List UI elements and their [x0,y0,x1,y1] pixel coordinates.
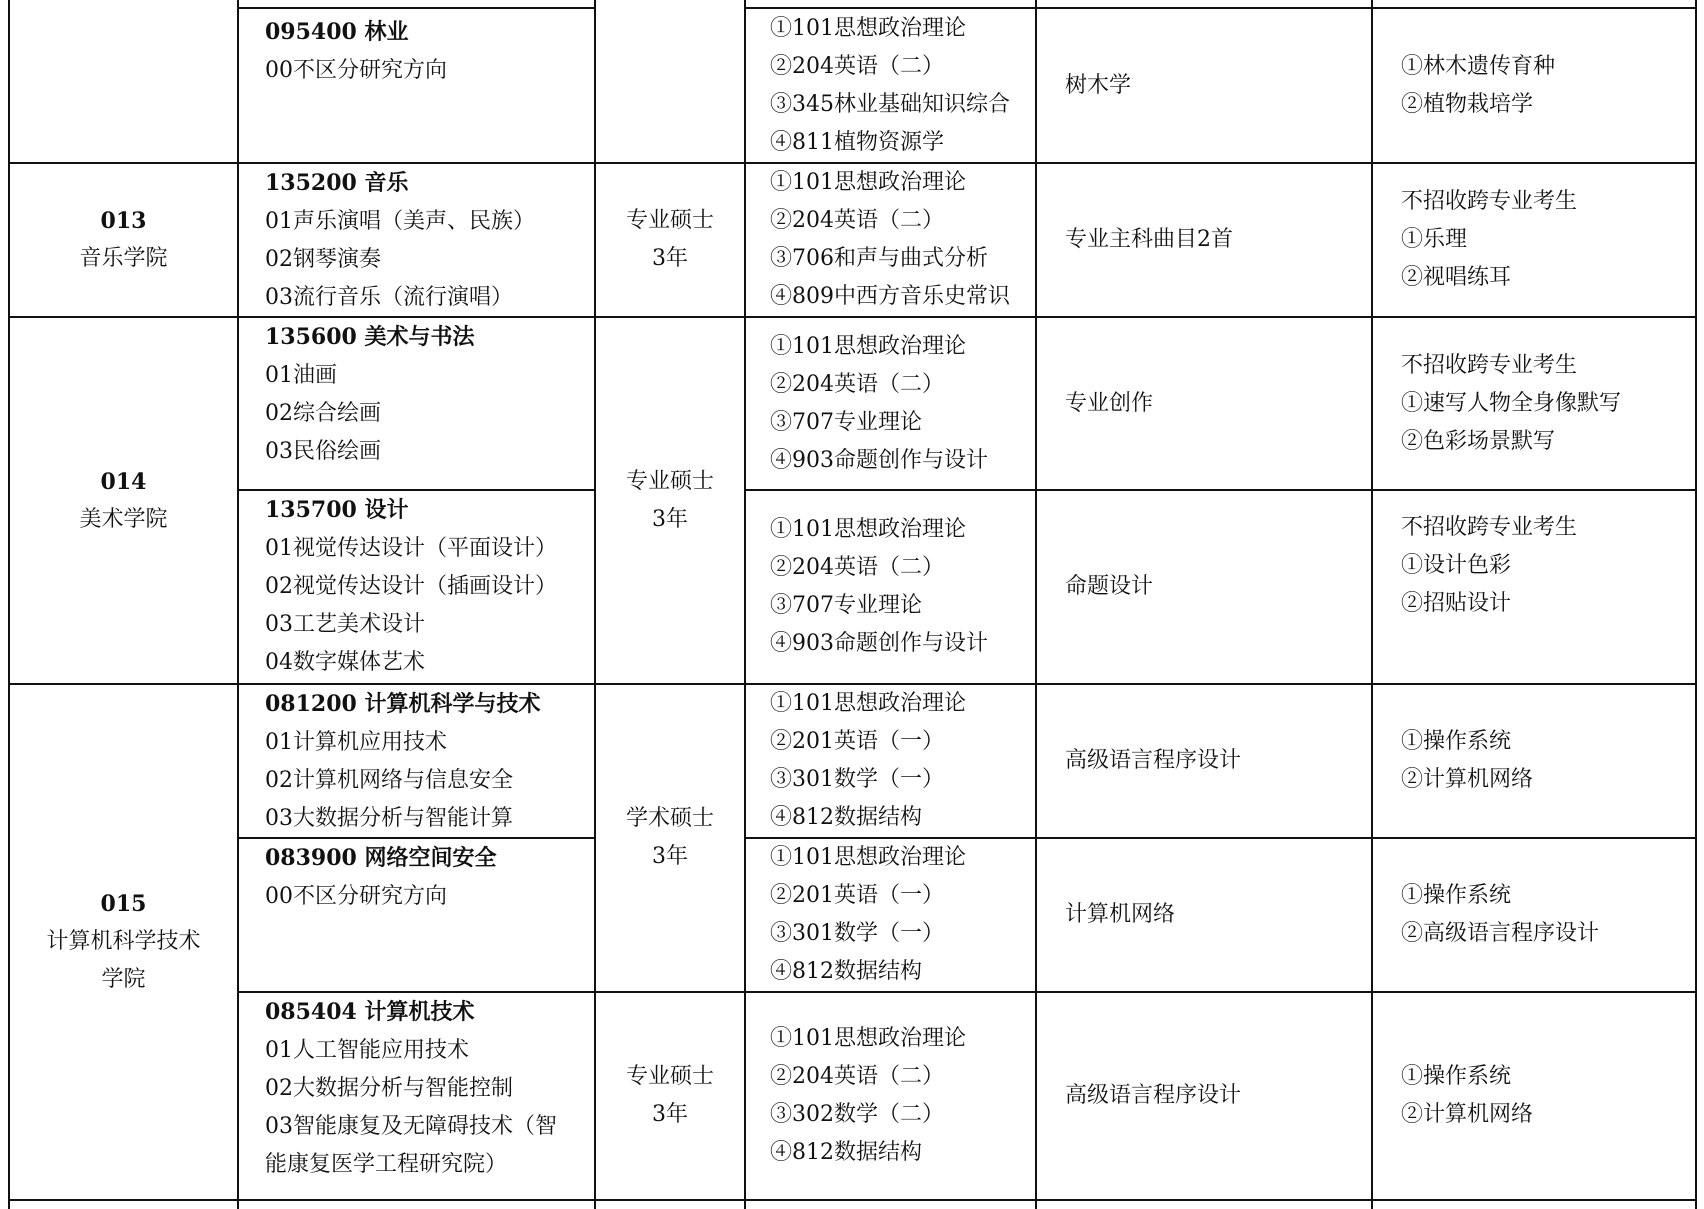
retest-subject: 专业创作 [1065,385,1371,423]
study-years: 3年 [652,501,688,539]
degree-cell: 专业硕士 3年 [596,164,744,316]
study-years: 3年 [652,240,688,278]
exam-subject: ③301数学（一） [770,761,1035,799]
exam-subject: ③302数学（二） [770,1096,1035,1134]
additional-test-cell: 不招收跨专业考生 ①乐理 ②视唱练耳 [1373,164,1695,316]
additional-test: ①乐理 [1401,221,1695,259]
research-direction: 00不区分研究方向 [265,878,594,916]
exam-subject: ①101思想政治理论 [770,685,1035,723]
research-direction: 能康复医学工程研究院） [265,1146,594,1184]
row-divider [8,1199,1697,1201]
retest-subject: 命题设计 [1065,568,1371,606]
college-name: 计算机科学技术 [46,923,200,961]
additional-test: ②计算机网络 [1401,761,1695,799]
additional-test: ①操作系统 [1401,877,1695,915]
exam-subject: ④812数据结构 [770,1134,1035,1172]
additional-test: ②视唱练耳 [1401,259,1695,297]
additional-test: ①速写人物全身像默写 [1401,385,1695,423]
exam-subject: ②204英语（二） [770,1058,1035,1096]
college-cell: 015 计算机科学技术 学院 [10,685,237,1199]
additional-test-cell: 不招收跨专业考生 ①设计色彩 ②招贴设计 [1373,491,1695,683]
retest-subject-cell: 树木学 [1037,9,1371,162]
retest-subject-cell: 高级语言程序设计 [1037,685,1371,837]
research-direction: 02大数据分析与智能控制 [265,1070,594,1108]
major-cell: 135700 设计 01视觉传达设计（平面设计） 02视觉传达设计（插画设计） … [239,491,594,683]
major-cell: 095400 林业 00不区分研究方向 [239,9,594,162]
retest-subject: 高级语言程序设计 [1065,1077,1371,1115]
degree-type: 专业硕士 [626,1058,714,1096]
college-code: 014 [101,463,147,501]
additional-test-cell: ①操作系统 ②计算机网络 [1373,993,1695,1199]
additional-test: ①操作系统 [1401,1058,1695,1096]
major-title: 083900 网络空间安全 [265,845,497,871]
research-direction: 01视觉传达设计（平面设计） [265,530,594,568]
retest-subject: 树木学 [1065,67,1371,105]
college-cell: 014 美术学院 [10,318,237,683]
exam-subjects-cell: ①101思想政治理论 ②204英语（二） ③707专业理论 ④903命题创作与设… [746,491,1035,683]
college-name: 美术学院 [79,501,167,539]
additional-test: ①设计色彩 [1401,547,1695,585]
research-direction: 01油画 [265,357,594,395]
research-direction: 03大数据分析与智能计算 [265,800,594,838]
major-title: 095400 林业 [265,19,409,45]
exam-subject: ②204英语（二） [770,48,1035,86]
exam-subject: ④903命题创作与设计 [770,442,1035,480]
retest-subject-cell: 专业主科曲目2首 [1037,164,1371,316]
college-cell: 013 音乐学院 [10,164,237,316]
additional-test-cell: ①操作系统 ②高级语言程序设计 [1373,839,1695,991]
exam-subjects-cell: ①101思想政治理论 ②204英语（二） ③706和声与曲式分析 ④809中西方… [746,164,1035,316]
exam-subject: ②201英语（一） [770,877,1035,915]
additional-test: ②高级语言程序设计 [1401,915,1695,953]
exam-subject: ④903命题创作与设计 [770,625,1035,663]
research-direction: 02计算机网络与信息安全 [265,762,594,800]
research-direction: 04数字媒体艺术 [265,644,594,682]
degree-cell: 学术硕士 3年 [596,685,744,991]
exam-subject: ③706和声与曲式分析 [770,240,1035,278]
exam-subject: ①101思想政治理论 [770,1020,1035,1058]
exam-subject: ①101思想政治理论 [770,164,1035,202]
exam-subject: ①101思想政治理论 [770,839,1035,877]
research-direction: 03工艺美术设计 [265,606,594,644]
retest-subject-cell: 计算机网络 [1037,839,1371,991]
major-cell: 083900 网络空间安全 00不区分研究方向 [239,839,594,991]
retest-subject-cell: 高级语言程序设计 [1037,993,1371,1199]
retest-subject: 计算机网络 [1065,896,1371,934]
exam-subject: ③707专业理论 [770,587,1035,625]
additional-test: ②招贴设计 [1401,585,1695,623]
additional-test: 不招收跨专业考生 [1401,347,1695,385]
additional-test: 不招收跨专业考生 [1401,509,1695,547]
exam-subjects-cell: ①101思想政治理论 ②201英语（一） ③301数学（一） ④812数据结构 [746,685,1035,837]
retest-subject: 专业主科曲目2首 [1065,221,1371,259]
major-cell: 081200 计算机科学与技术 01计算机应用技术 02计算机网络与信息安全 0… [239,685,594,837]
major-cell: 135600 美术与书法 01油画 02综合绘画 03民俗绘画 [239,318,594,489]
exam-subjects-cell: ①101思想政治理论 ②201英语（一） ③301数学（一） ④812数据结构 [746,839,1035,991]
major-title: 135200 音乐 [265,170,409,196]
major-cell: 085404 计算机技术 01人工智能应用技术 02大数据分析与智能控制 03智… [239,993,594,1199]
additional-test: 不招收跨专业考生 [1401,183,1695,221]
research-direction: 00不区分研究方向 [265,52,594,90]
exam-subject: ④809中西方音乐史常识 [770,278,1035,316]
additional-test: ①操作系统 [1401,723,1695,761]
college-name: 学院 [101,961,145,999]
exam-subject: ②204英语（二） [770,366,1035,404]
retest-subject-cell: 专业创作 [1037,318,1371,489]
research-direction: 03民俗绘画 [265,433,594,471]
degree-type: 专业硕士 [626,463,714,501]
major-title: 135700 设计 [265,497,409,523]
research-direction: 02综合绘画 [265,395,594,433]
exam-subject: ③301数学（一） [770,915,1035,953]
study-years: 3年 [652,838,688,876]
exam-subject: ①101思想政治理论 [770,328,1035,366]
study-years: 3年 [652,1096,688,1134]
exam-subject: ④811植物资源学 [770,124,1035,162]
degree-type: 专业硕士 [626,202,714,240]
exam-subject: ①101思想政治理论 [770,10,1035,48]
research-direction: 02钢琴演奏 [265,241,594,279]
additional-test: ②植物栽培学 [1401,86,1695,124]
research-direction: 01人工智能应用技术 [265,1032,594,1070]
research-direction: 02视觉传达设计（插画设计） [265,568,594,606]
exam-subject: ③707专业理论 [770,404,1035,442]
exam-subjects-cell: ①101思想政治理论 ②204英语（二） ③345林业基础知识综合 ④811植物… [746,9,1035,162]
additional-test-cell: 不招收跨专业考生 ①速写人物全身像默写 ②色彩场景默写 [1373,318,1695,489]
research-direction: 01计算机应用技术 [265,724,594,762]
college-code: 013 [101,202,147,240]
exam-subject: ②204英语（二） [770,202,1035,240]
additional-test: ②色彩场景默写 [1401,423,1695,461]
table-border-right [1695,0,1697,1209]
degree-cell: 专业硕士 3年 [596,993,744,1199]
exam-subject: ④812数据结构 [770,799,1035,837]
exam-subject: ④812数据结构 [770,953,1035,991]
retest-subject-cell: 命题设计 [1037,491,1371,683]
college-code: 015 [101,885,147,923]
research-direction: 03智能康复及无障碍技术（智 [265,1108,594,1146]
exam-subject: ②204英语（二） [770,549,1035,587]
research-direction: 03流行音乐（流行演唱） [265,279,594,317]
exam-subjects-cell: ①101思想政治理论 ②204英语（二） ③707专业理论 ④903命题创作与设… [746,318,1035,489]
exam-subject: ③345林业基础知识综合 [770,86,1035,124]
major-title: 085404 计算机技术 [265,999,475,1025]
additional-test: ①林木遗传育种 [1401,48,1695,86]
retest-subject: 高级语言程序设计 [1065,742,1371,780]
major-cell: 135200 音乐 01声乐演唱（美声、民族） 02钢琴演奏 03流行音乐（流行… [239,164,594,316]
exam-subject: ②201英语（一） [770,723,1035,761]
major-title: 081200 计算机科学与技术 [265,691,541,717]
additional-test-cell: ①操作系统 ②计算机网络 [1373,685,1695,837]
major-title: 135600 美术与书法 [265,324,475,350]
college-name: 音乐学院 [79,240,167,278]
research-direction: 01声乐演唱（美声、民族） [265,203,594,241]
degree-type: 学术硕士 [626,800,714,838]
degree-cell: 专业硕士 3年 [596,318,744,683]
additional-test-cell: ①林木遗传育种 ②植物栽培学 [1373,9,1695,162]
exam-subjects-cell: ①101思想政治理论 ②204英语（二） ③302数学（二） ④812数据结构 [746,993,1035,1199]
additional-test: ②计算机网络 [1401,1096,1695,1134]
exam-subject: ①101思想政治理论 [770,511,1035,549]
